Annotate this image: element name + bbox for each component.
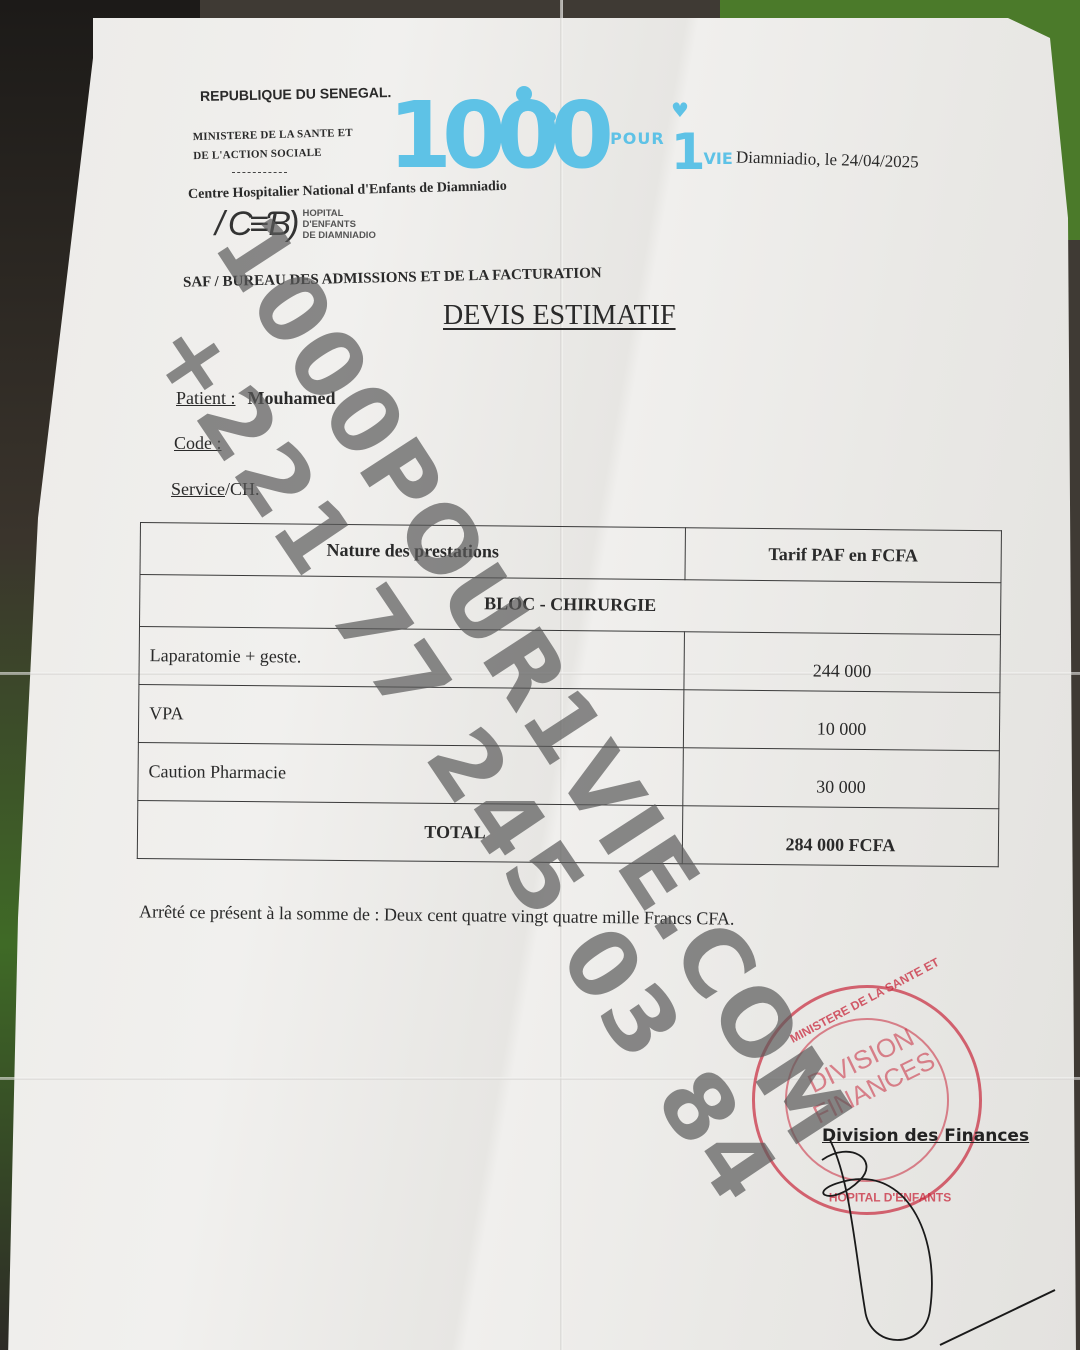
logo-number: 1000	[388, 90, 604, 182]
service-field: Service/CH.	[171, 479, 260, 500]
total-label: TOTAL	[137, 800, 683, 863]
prestation-label: Caution Pharmacie	[138, 742, 684, 805]
logo-dot	[546, 112, 556, 122]
logo-dot	[516, 86, 532, 102]
total-value: 284 000 FCFA	[682, 806, 999, 867]
logo-text-line: DE DIAMNIADIO	[302, 230, 375, 241]
ministry-heading: MINISTERE DE LA SANTE ET DE L'ACTION SOC…	[193, 124, 354, 166]
table-section-row: BLOC - CHIRURGIE	[139, 575, 1000, 635]
logo-text-line: D'ENFANTS	[302, 219, 375, 230]
code-field: Code :	[174, 433, 222, 454]
table-row: Caution Pharmacie 30 000	[138, 742, 1000, 808]
logo-vie: VIE	[704, 149, 733, 168]
column-header: Nature des prestations	[140, 523, 685, 580]
document-title: DEVIS ESTIMATIF	[443, 300, 676, 332]
1000-pour-1-vie-logo: 1000 POUR 1 ♥ VIE	[388, 90, 733, 182]
column-header: Tarif PAF en FCFA	[685, 528, 1001, 583]
table-header-row: Nature des prestations Tarif PAF en FCFA	[140, 523, 1001, 583]
table-row: VPA 10 000	[138, 684, 1000, 750]
section-label: BLOC - CHIRURGIE	[139, 575, 1000, 635]
logo-text-line: HOPITAL	[302, 208, 375, 219]
patient-value: Mouhamed	[248, 388, 336, 408]
table-total-row: TOTAL 284 000 FCFA	[137, 800, 999, 866]
heart-icon: ♥	[671, 98, 689, 122]
divider	[232, 172, 287, 173]
prestation-amount: 10 000	[683, 690, 1000, 751]
prestation-label: VPA	[138, 684, 684, 747]
service-label: Service	[171, 479, 225, 499]
patient-label: Patient :	[176, 388, 236, 408]
estimate-table: Nature des prestations Tarif PAF en FCFA…	[137, 522, 1002, 867]
logo-one: 1	[671, 122, 706, 182]
table-row: Laparatomie + geste. 244 000	[139, 627, 1001, 693]
code-label: Code :	[174, 433, 222, 453]
patient-field: Patient : Mouhamed	[176, 388, 336, 409]
logo-dot	[482, 104, 494, 116]
prestation-amount: 244 000	[684, 632, 1001, 693]
hospital-logo-text: HOPITAL D'ENFANTS DE DIAMNIADIO	[302, 208, 375, 241]
hospital-logo: / C≡Ɓ) HOPITAL D'ENFANTS DE DIAMNIADIO	[215, 205, 376, 244]
prestation-label: Laparatomie + geste.	[139, 627, 685, 690]
hospital-logo-mark: / C≡Ɓ)	[215, 205, 296, 244]
logo-pour: POUR	[610, 129, 665, 148]
signature	[790, 1120, 1060, 1350]
service-value: /CH.	[225, 479, 260, 499]
prestation-amount: 30 000	[683, 748, 1000, 809]
